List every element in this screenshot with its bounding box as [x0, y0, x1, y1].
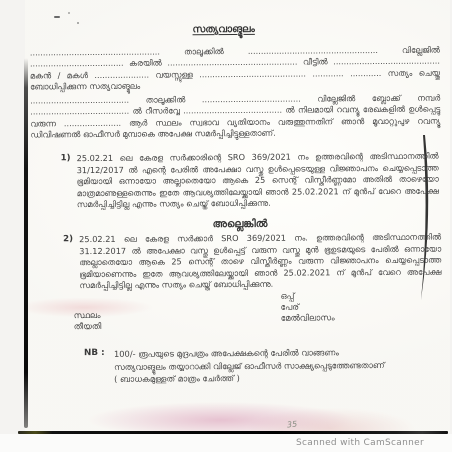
clause-2-text: 25.02.21 ലെ കേരള സർക്കാർ SRO 369/2021 നം… — [79, 232, 441, 292]
document-title: സത്യവാങ്മൂലം — [24, 23, 424, 37]
date-label: തീയതി — [74, 320, 102, 331]
nb-label: NB : — [84, 348, 105, 358]
nb-notes: 100/- രൂപയുടെ മുദ്രപത്രം അപേക്ഷകന്റെ പേര… — [114, 346, 414, 386]
signature-label: ഒപ്പ് — [281, 290, 335, 301]
nb-line-3: ( ബാധകമുള്ളത് മാത്രം ചേർത്ത് ) — [114, 371, 414, 386]
place-date-block: സ്ഥലം തീയതി — [74, 310, 102, 331]
clause-1-text: 25.02.21 ലെ കേരള സർക്കാരിന്റെ SRO 369/20… — [77, 151, 439, 211]
signature-block: ഒപ്പ് പേര് മേൽവിലാസം — [281, 290, 335, 323]
handwritten-mark: 35 — [287, 419, 298, 429]
clause-2-number: 2) — [63, 234, 73, 244]
nb-line-2: സത്യവാങ്മൂലം തയ്യാറാക്കി വില്ലേജ് ഓഫീസർ … — [114, 358, 414, 373]
or-heading: അല്ലെങ്കിൽ — [25, 216, 452, 232]
place-label: സ്ഥലം — [74, 310, 102, 321]
scanned-affidavit-screenshot: { "document": { "title": "സത്യവാങ്മൂലം",… — [0, 0, 452, 452]
affidavit-document: സത്യവാങ്മൂലം ...........................… — [23, 0, 451, 434]
camscanner-watermark: Scanned with CamScanner — [296, 438, 424, 448]
name-label: പേര് — [281, 301, 335, 312]
application-details-paragraph: ...................................... ത… — [30, 93, 440, 141]
clause-1-number: 1) — [61, 153, 71, 163]
address-label: മേൽവിലാസം — [281, 312, 335, 323]
deponent-details-paragraph: ........................................… — [30, 45, 440, 93]
